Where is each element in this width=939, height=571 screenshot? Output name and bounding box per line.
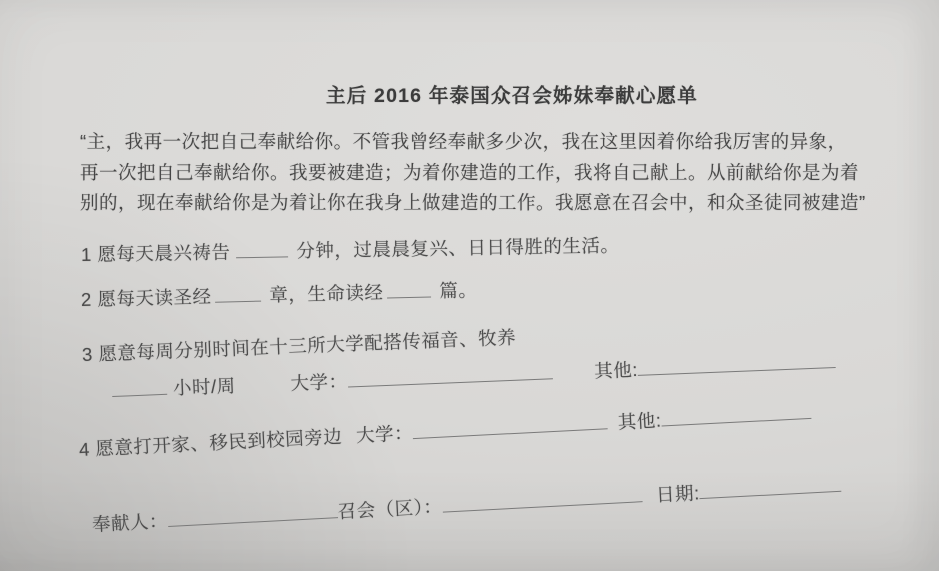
university-label-4: 大学： [356, 422, 414, 446]
church-district-label: 召会（区）： [337, 496, 443, 522]
university-label-3: 大学： [290, 371, 348, 394]
blank-dedicator-name [168, 505, 338, 527]
quote-line-3: 别的，现在奉献给你是为着让你在我身上做建造的工作。我愿意在召会中，和众圣徒同被建… [80, 188, 866, 219]
item-3-campus-work: 3 愿意每周分别时间在十三所大学配搭传福音、牧养 [81, 324, 516, 367]
item-2-bible-reading: 2 愿每天读圣经章，生命读经篇。 [81, 276, 478, 312]
item-3-label: 3 愿意每周分别时间在十三所大学配搭传福音、牧养 [82, 327, 517, 365]
item-2-suffix: 篇。 [439, 279, 478, 301]
item-1-label: 1 愿每天晨兴祷告 [81, 241, 231, 265]
blank-other-3 [638, 355, 836, 376]
quote-line-2: 再一次把自己奉献给你。我要被建造；为着你建造的工作，我将自己献上。从前献给你是为… [80, 158, 866, 189]
item-1-suffix: 分钟，过晨晨复兴、日日得胜的生活。 [296, 235, 619, 262]
other-label-3: 其他: [594, 359, 638, 382]
dedication-quote: “主，我再一次把自己奉献给你。不管我曾经奉献多少次，我在这里因着你给我厉害的异象… [80, 127, 866, 219]
signature-row: 奉献人：召会（区）：日期: [91, 472, 842, 537]
blank-life-study-messages [387, 284, 431, 298]
item-2-label: 2 愿每天读圣经 [81, 286, 212, 310]
blank-hours-per-week [112, 382, 167, 397]
item-1-morning-revival: 1 愿每天晨兴祷告分钟，过晨晨复兴、日日得胜的生活。 [81, 232, 620, 267]
item-4-open-home: 4 愿意打开家、移民到校园旁边大学：其他: [78, 399, 811, 462]
hours-per-week-label: 小时/周 [173, 375, 236, 398]
blank-university-3 [347, 366, 552, 387]
form-title: 主后 2016 年泰国众召会姊妹奉献心愿单 [85, 80, 939, 108]
blank-date [699, 479, 841, 499]
other-label-4: 其他: [617, 410, 662, 433]
blank-other-4 [661, 406, 811, 427]
blank-university-4 [413, 416, 608, 439]
blank-bible-chapters [215, 289, 261, 303]
blank-prayer-minutes [236, 244, 288, 258]
dedicator-label: 奉献人： [91, 510, 168, 535]
date-label: 日期: [655, 482, 700, 505]
item-4-label: 4 愿意打开家、移民到校园旁边 [78, 426, 342, 460]
photographed-form: 主后 2016 年泰国众召会姊妹奉献心愿单 “主，我再一次把自己奉献给你。不管我… [0, 0, 939, 571]
item-2-mid: 章，生命读经 [269, 282, 383, 306]
blank-church-district [442, 489, 642, 512]
quote-line-1: “主，我再一次把自己奉献给你。不管我曾经奉献多少次，我在这里因着你给我厉害的异象… [80, 127, 866, 158]
